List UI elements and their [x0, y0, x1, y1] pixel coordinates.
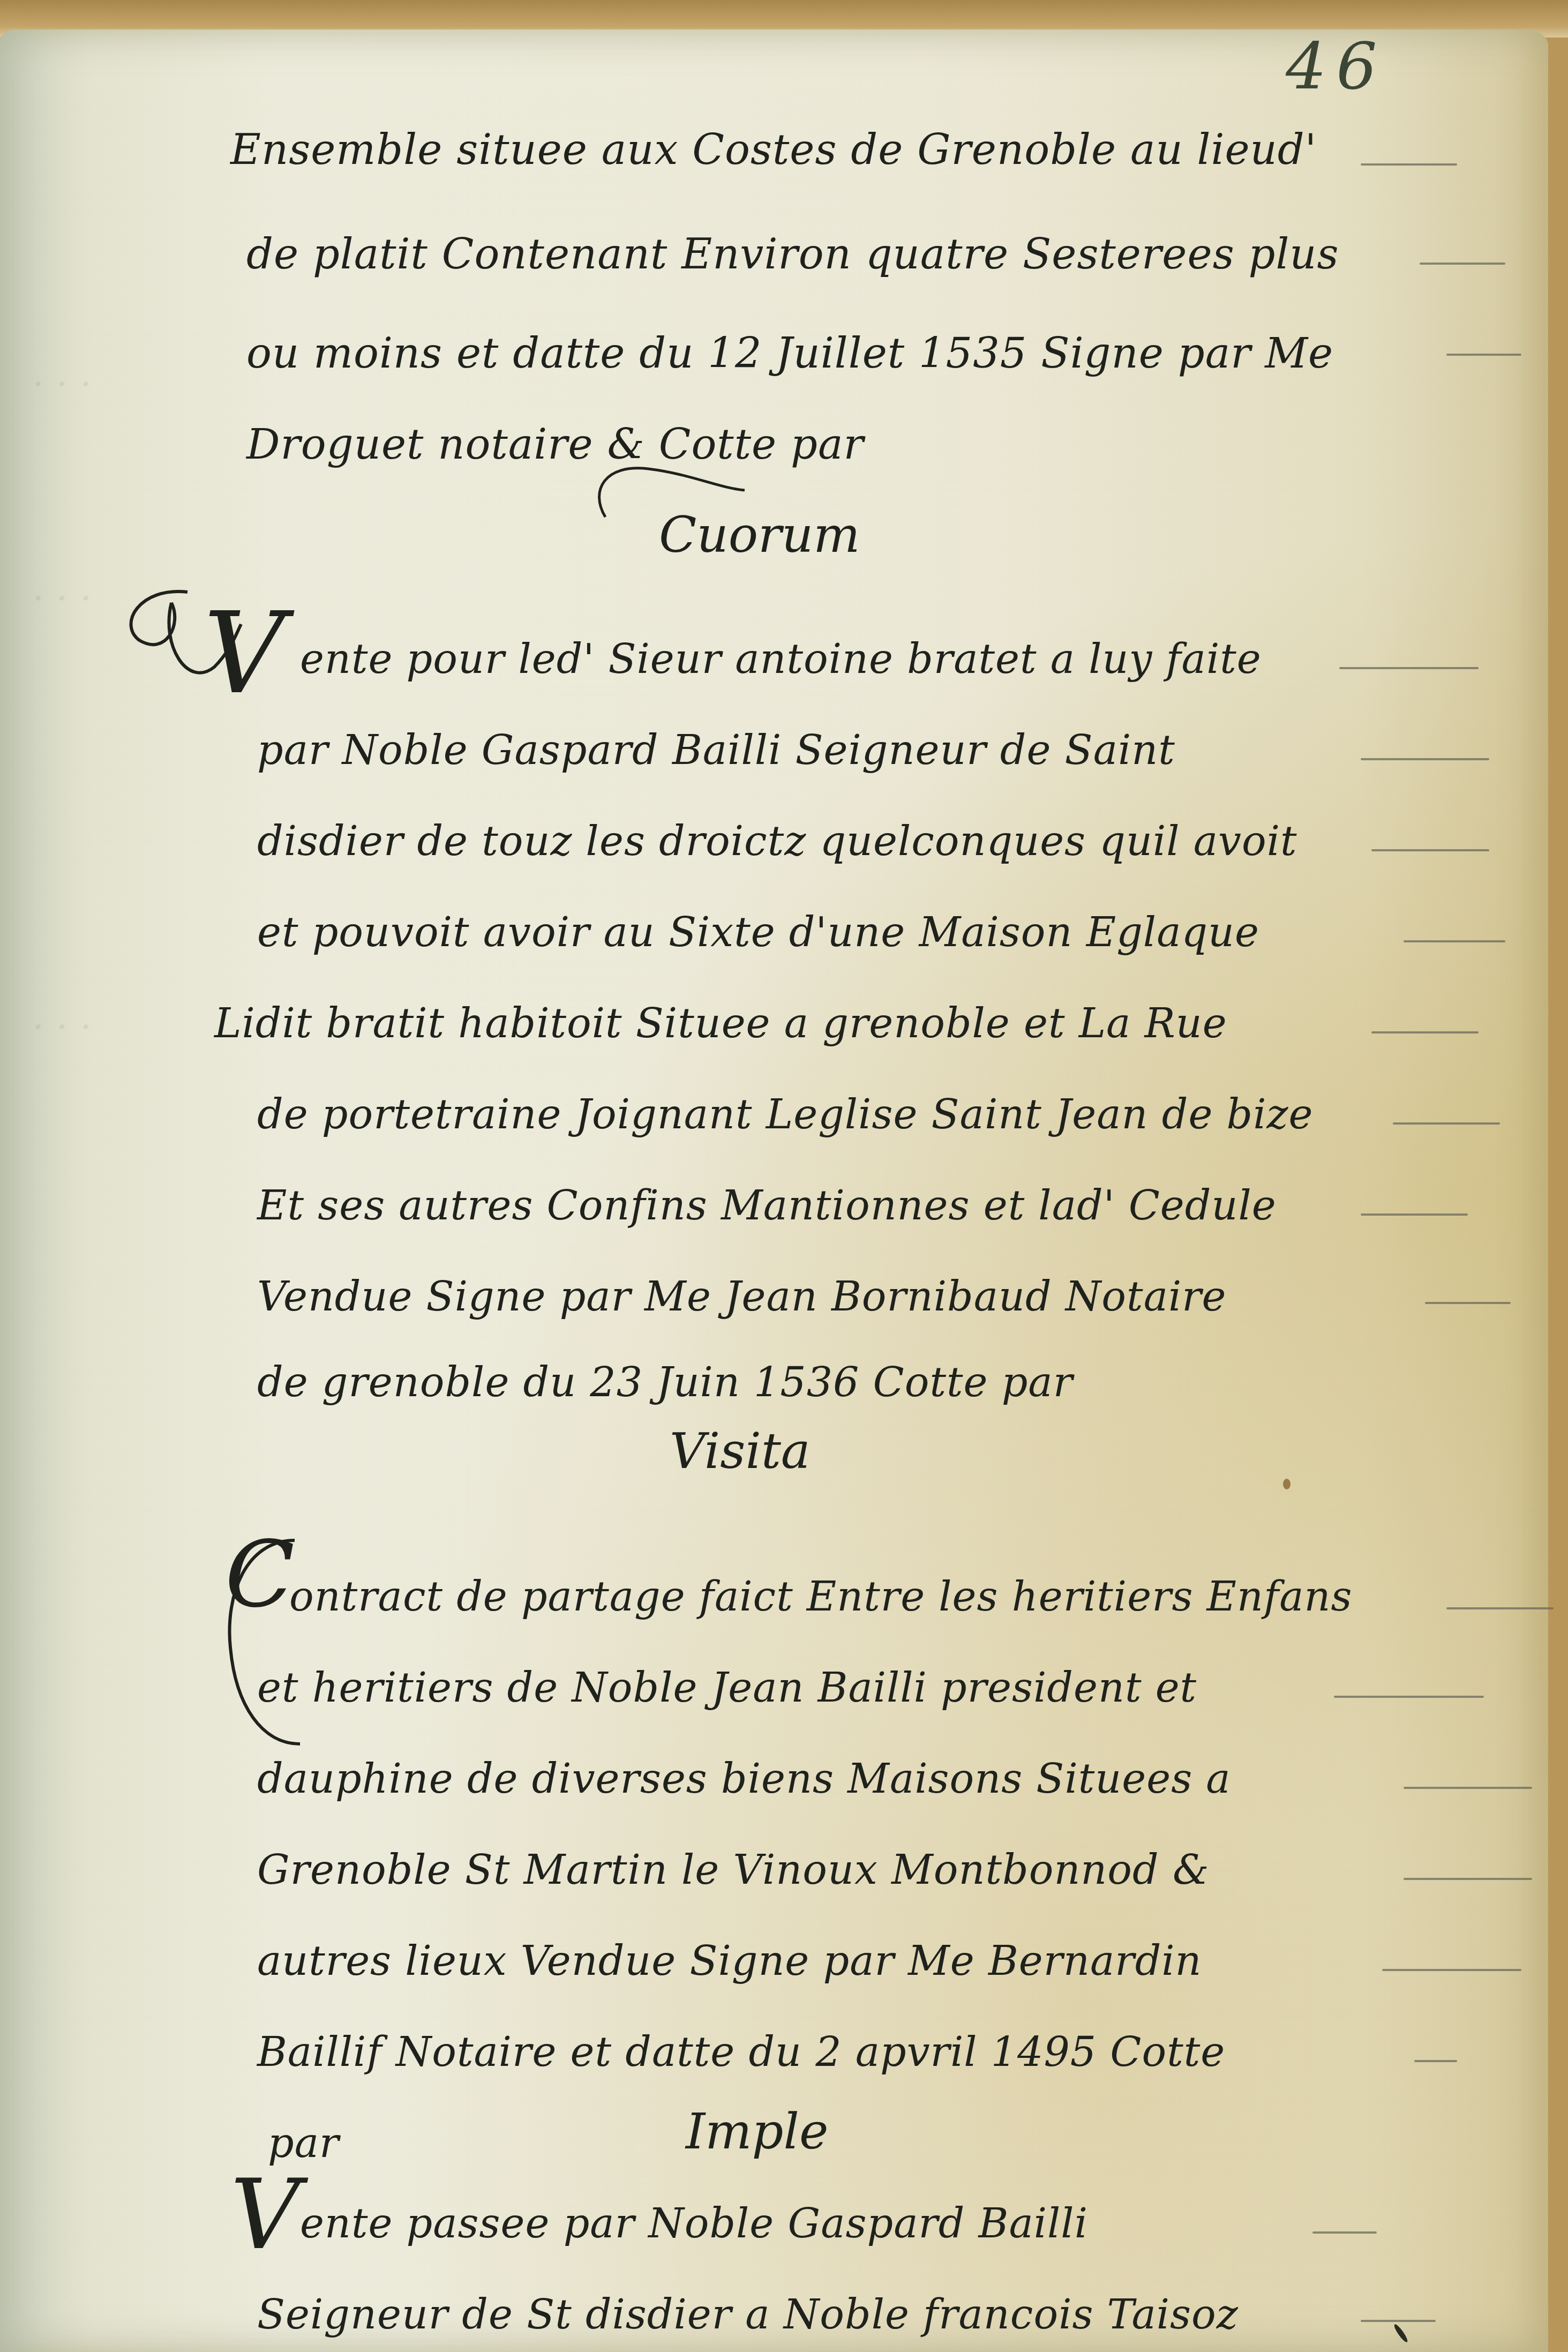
manuscript-line: Grenoble St Martin le Vinoux Montbonnod …: [257, 1846, 1210, 1893]
line-filler-dash: [1361, 758, 1489, 760]
line-filler-dash: [1361, 2320, 1436, 2322]
bleed-through-text: . . .: [32, 351, 92, 395]
bleed-through-text: . . .: [32, 565, 92, 609]
manuscript-line: autres lieux Vendue Signe par Me Bernard…: [257, 1937, 1202, 1984]
line-filler-dash: [1393, 1122, 1500, 1125]
line-filler-dash: [1425, 1302, 1511, 1304]
line-filler-dash: [1420, 263, 1505, 265]
ink-mark: [1392, 2323, 1409, 2344]
manuscript-line: ou moins et datte du 12 Juillet 1535 Sig…: [246, 329, 1333, 378]
line-filler-dash: [1382, 1969, 1521, 1971]
line-filler-dash: [1371, 849, 1489, 851]
line-filler-dash: [1404, 1787, 1532, 1789]
manuscript-line: de portetraine Joignant Leglise Saint Je…: [257, 1090, 1314, 1138]
manuscript-line: Baillif Notaire et datte du 2 apvril 149…: [257, 2028, 1225, 2076]
decorative-initial: V: [230, 2167, 300, 2264]
line-filler-dash: [1404, 940, 1505, 942]
decorative-initial: V: [204, 597, 285, 710]
manuscript-line: ontract de partage faict Entre les herit…: [289, 1572, 1352, 1620]
line-filler-dash: [1446, 354, 1521, 356]
line-filler-dash: [1334, 1696, 1484, 1698]
decorative-initial: C: [225, 1530, 295, 1621]
manuscript-line: disdier de touz les droictz quelconques …: [257, 817, 1297, 865]
section-heading: Cuorum: [659, 506, 860, 564]
line-filler-dash: [1446, 1607, 1554, 1609]
manuscript-line: et heritiers de Noble Jean Bailli presid…: [257, 1664, 1197, 1711]
manuscript-line: de grenoble du 23 Juin 1536 Cotte par: [257, 1358, 1073, 1406]
line-filler-dash: [1361, 1214, 1468, 1216]
bleed-through-text: . . .: [32, 994, 92, 1038]
line-filler-dash: [1414, 2060, 1457, 2062]
line-filler-dash: [1312, 2231, 1377, 2234]
line-filler-dash: [1339, 667, 1479, 669]
manuscript-line: Seigneur de St disdier a Noble francois …: [257, 2290, 1239, 2338]
manuscript-line: Ensemble situee aux Costes de Grenoble a…: [230, 126, 1317, 174]
page-number: 46: [1286, 29, 1387, 104]
line-filler-dash: [1361, 163, 1457, 166]
manuscript-line: Et ses autres Confins Mantionnes et lad'…: [257, 1181, 1277, 1229]
line-filler-dash: [1371, 1031, 1479, 1033]
manuscript-page: . . . . . . . . . 46 Ensemble situee aux…: [0, 29, 1548, 2352]
manuscript-line: et pouvoit avoir au Sixte d'une Maison E…: [257, 908, 1259, 956]
manuscript-line: de platit Contenant Environ quatre Seste…: [246, 230, 1339, 279]
manuscript-line: Vendue Signe par Me Jean Bornibaud Notai…: [257, 1272, 1227, 1320]
manuscript-line: dauphine de diverses biens Maisons Situe…: [257, 1755, 1231, 1802]
section-heading: Imple: [686, 2103, 828, 2160]
manuscript-line: par Noble Gaspard Bailli Seigneur de Sai…: [257, 726, 1175, 774]
line-filler-dash: [1404, 1878, 1532, 1880]
manuscript-line: ente pour led' Sieur antoine bratet a lu…: [300, 635, 1262, 683]
section-heading: Visita: [670, 1422, 811, 1480]
manuscript-line: ente passee par Noble Gaspard Bailli: [300, 2199, 1088, 2247]
manuscript-line: Lidit bratit habitoit Situee a grenoble …: [214, 999, 1227, 1047]
manuscript-line: Droguet notaire & Cotte par: [246, 421, 864, 469]
ink-spot: [1283, 1479, 1291, 1489]
